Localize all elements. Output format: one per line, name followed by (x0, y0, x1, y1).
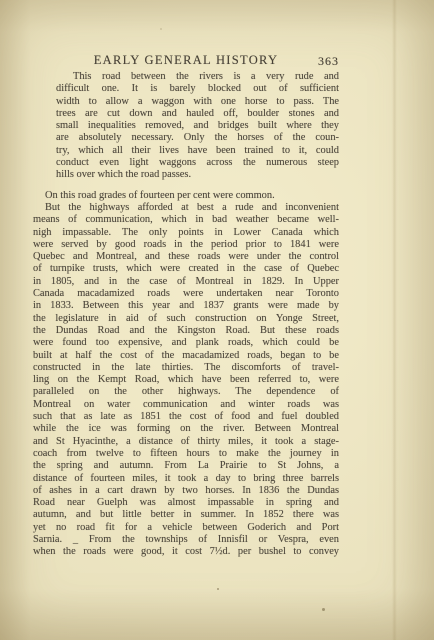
text-line: in 1805, and in the case of Montreal in … (33, 276, 339, 288)
text-line: trees are cut down and hauled off, bould… (56, 108, 339, 120)
text-line: try, which all their lives have been tra… (56, 145, 339, 157)
paragraph: This road between the rivers is a very r… (56, 71, 339, 182)
text-line: ling on the Kempt Road, which have been … (33, 374, 339, 386)
text-line: autumn, and but little better in summer.… (33, 509, 339, 521)
paper-speck (160, 28, 162, 30)
text-line: Montreal on water communication and wint… (33, 399, 339, 411)
text-line: in 1833. Between this year and 1837 gran… (33, 300, 339, 312)
text-line: coach from twelve to fifteen hours to ma… (33, 448, 339, 460)
text-line: This road between the rivers is a very r… (56, 71, 339, 83)
text-block: This road between the rivers is a very r… (33, 71, 339, 559)
paragraph: But the highways afforded at best a rude… (33, 202, 339, 559)
text-line: But the highways afforded at best a rude… (33, 202, 339, 214)
text-line: Canada macadamized roads were undertaken… (33, 288, 339, 300)
text-line: were served by good roads in the period … (33, 239, 339, 251)
text-line: width to allow a waggon with one horse t… (56, 96, 339, 108)
text-line: the legislature in aid of such construct… (33, 313, 339, 325)
text-line: difficult one. It is barely blocked out … (56, 83, 339, 95)
text-line: the spring and autumn. From La Prairie t… (33, 460, 339, 472)
text-line: of ashes in a cart drawn by two horses. … (33, 485, 339, 497)
text-line: built at half the cost of the macadamize… (33, 350, 339, 362)
text-line: means of communication, which in bad wea… (33, 214, 339, 226)
paragraph: On this road grades of fourteen per cent… (33, 190, 339, 202)
text-line: distance of fourteen miles, it took a da… (33, 473, 339, 485)
text-line: paralleled on the other highways. The de… (33, 386, 339, 398)
book-page-scan: EARLY GENERAL HISTORY 363 This road betw… (0, 0, 434, 640)
page-edge-streak (392, 0, 397, 640)
text-line: were found too expensive, and plank road… (33, 337, 339, 349)
text-line: nigh impassable. The only points in Lowe… (33, 227, 339, 239)
paper-speck (322, 608, 325, 611)
text-line: are absolutely necessary. Only the horse… (56, 132, 339, 144)
text-line: Quebec and Montreal, and these roads wer… (33, 251, 339, 263)
text-line: constructed in the late thirties. The di… (33, 362, 339, 374)
text-line: while the ice was forming on the river. … (33, 423, 339, 435)
text-line: hills over which the road passes. (56, 169, 339, 181)
text-line: Road near Guelph was almost impassable i… (33, 497, 339, 509)
running-header: EARLY GENERAL HISTORY 363 (33, 53, 339, 68)
text-line: of turnpike trusts, which were created i… (33, 263, 339, 275)
text-line: and St Hyacinthe, a distance of thirty m… (33, 436, 339, 448)
page-number: 363 (318, 54, 339, 69)
text-line: when the roads were good, it cost 7½d. p… (33, 546, 339, 558)
paper-speck (217, 588, 219, 590)
text-line: Sarnia. _ From the townships of Innisfil… (33, 534, 339, 546)
text-line: yet no road fit for a vehicle between Go… (33, 522, 339, 534)
text-line: the Dundas Road and the Kingston Road. B… (33, 325, 339, 337)
text-line: such that as late as 1851 the cost of fo… (33, 411, 339, 423)
page-title: EARLY GENERAL HISTORY (33, 53, 339, 68)
text-line: conduct even light waggons across the nu… (56, 157, 339, 169)
text-line: small inequalities removed, and bridges … (56, 120, 339, 132)
text-line: On this road grades of fourteen per cent… (33, 190, 339, 202)
